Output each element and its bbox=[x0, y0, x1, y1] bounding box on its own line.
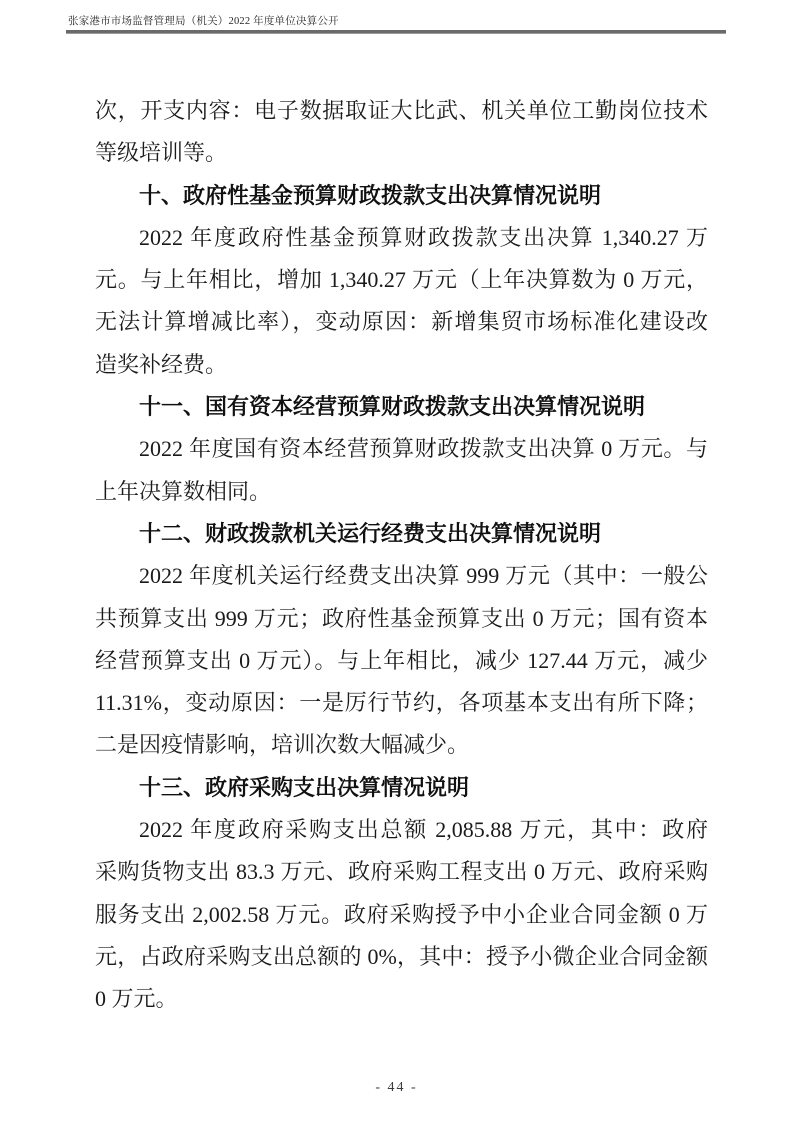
section-heading: 十三、政府采购支出决算情况说明 bbox=[95, 767, 708, 809]
header-title: 张家港市市场监督管理局（机关）2022 年度单位决算公开 bbox=[68, 13, 339, 28]
section-heading: 十一、国有资本经营预算财政拨款支出决算情况说明 bbox=[95, 386, 708, 428]
text-line: 2022 年度政府性基金预算财政拨款支出决算 1,340.27 万 bbox=[95, 217, 708, 259]
text-line: 无法计算增减比率），变动原因：新增集贸市场标准化建设改 bbox=[95, 301, 708, 343]
page-number: - 44 - bbox=[375, 1080, 417, 1095]
text-line: 11.31%，变动原因：一是厉行节约，各项基本支出有所下降； bbox=[95, 682, 708, 724]
text-line: 经营预算支出 0 万元）。与上年相比，减少 127.44 万元，减少 bbox=[95, 640, 708, 682]
text-line: 元。与上年相比，增加 1,340.27 万元（上年决算数为 0 万元， bbox=[95, 259, 708, 301]
text-line: 0 万元。 bbox=[95, 978, 708, 1020]
text-line: 上年决算数相同。 bbox=[95, 471, 708, 513]
text-line: 元，占政府采购支出总额的 0%，其中：授予小微企业合同金额 bbox=[95, 936, 708, 978]
text-line: 采购货物支出 83.3 万元、政府采购工程支出 0 万元、政府采购 bbox=[95, 851, 708, 893]
header-rule bbox=[66, 30, 726, 34]
text-line: 服务支出 2,002.58 万元。政府采购授予中小企业合同金额 0 万 bbox=[95, 894, 708, 936]
document-body: 次，开支内容：电子数据取证大比武、机关单位工勤岗位技术 等级培训等。 十、政府性… bbox=[95, 90, 708, 1021]
text-line: 造奖补经费。 bbox=[95, 344, 708, 386]
text-line: 次，开支内容：电子数据取证大比武、机关单位工勤岗位技术 bbox=[95, 90, 708, 132]
text-line: 等级培训等。 bbox=[95, 132, 708, 174]
text-line: 二是因疫情影响，培训次数大幅减少。 bbox=[95, 724, 708, 766]
text-line: 2022 年度机关运行经费支出决算 999 万元（其中：一般公 bbox=[95, 555, 708, 597]
text-line: 2022 年度政府采购支出总额 2,085.88 万元，其中：政府 bbox=[95, 809, 708, 851]
page-footer: - 44 - bbox=[0, 1078, 793, 1096]
section-heading: 十、政府性基金预算财政拨款支出决算情况说明 bbox=[95, 175, 708, 217]
text-line: 2022 年度国有资本经营预算财政拨款支出决算 0 万元。与 bbox=[95, 428, 708, 470]
section-heading: 十二、财政拨款机关运行经费支出决算情况说明 bbox=[95, 513, 708, 555]
text-line: 共预算支出 999 万元；政府性基金预算支出 0 万元；国有资本 bbox=[95, 598, 708, 640]
page: 张家港市市场监督管理局（机关）2022 年度单位决算公开 次，开支内容：电子数据… bbox=[0, 0, 793, 1122]
